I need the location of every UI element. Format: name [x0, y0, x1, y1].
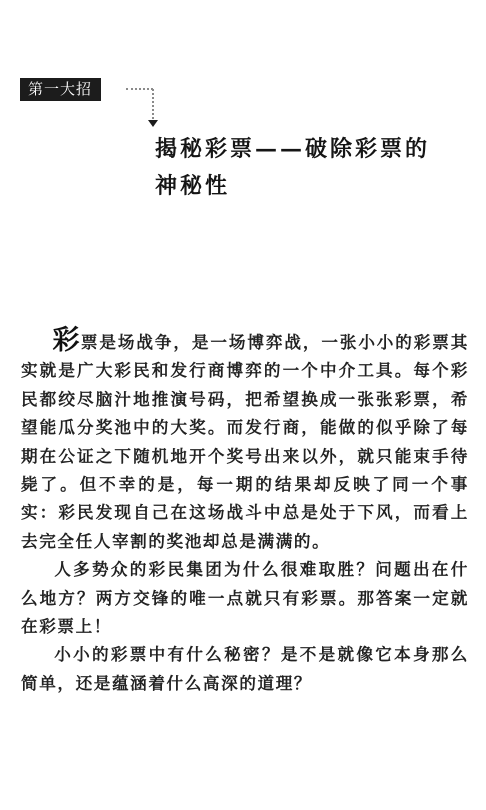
chapter-title-line-1: 揭秘彩票——破除彩票的	[155, 131, 455, 168]
chapter-title-line-2: 神秘性	[155, 168, 455, 205]
paragraph-2: 人多势众的彩民集团为什么很难取胜？问题出在什么地方？两方交锋的唯一点就只有彩票。…	[21, 555, 469, 640]
paragraph-1-text: 票是场战争，是一场博弈战，一张小小的彩票其实就是广大彩民和发行商博弈的一个中介工…	[21, 332, 469, 551]
paragraph-1: 彩票是场战争，是一场博弈战，一张小小的彩票其实就是广大彩民和发行商博弈的一个中介…	[21, 327, 469, 555]
drop-cap: 彩	[53, 325, 80, 356]
paragraph-3: 小小的彩票中有什么秘密？是不是就像它本身那么简单，还是蕴涵着什么高深的道理？	[21, 640, 469, 697]
chapter-title: 揭秘彩票——破除彩票的 神秘性	[155, 131, 455, 205]
dotted-connector-horizontal	[126, 88, 153, 90]
body-text: 彩票是场战争，是一场博弈战，一张小小的彩票其实就是广大彩民和发行商博弈的一个中介…	[21, 327, 469, 697]
arrow-down-icon	[148, 120, 158, 127]
chapter-tag: 第一大招	[20, 78, 101, 101]
dotted-connector-vertical	[152, 89, 154, 119]
